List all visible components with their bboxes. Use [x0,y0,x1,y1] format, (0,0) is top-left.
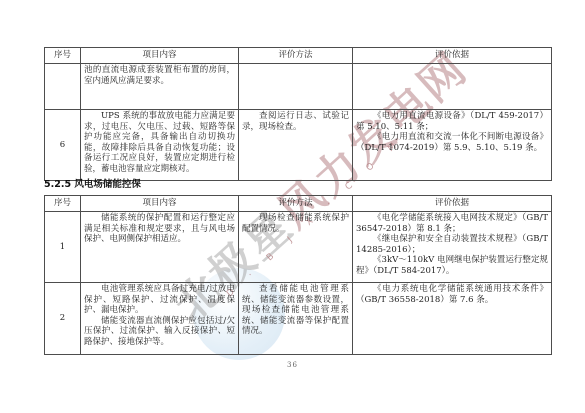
cell-no: 6 [45,110,81,181]
document-page: 北极星风力发电网 D·BJX·COM 序号 项目内容 评价方法 评价依据 池的直… [0,0,585,413]
basis-paragraph: 《3kV～110kV 电网继电保护装置运行整定规程》（DL/T 584-2017… [356,255,548,276]
cell-method: 查阅运行日志、试验记录，现场检查。 [239,110,353,181]
table-header-row: 序号 项目内容 评价方法 评价依据 [45,48,552,64]
method-paragraph: 现场检查储能系统保护配置情况。 [242,213,349,234]
evaluation-table-lower: 序号 项目内容 评价方法 评价依据 1 储能系统的保护配置和运行整定应满足相关标… [44,195,552,355]
basis-paragraph: 《电力用直流电源设备》（DL/T 459-2017）第 5.10、5.11 条； [356,111,548,132]
method-paragraph: 查看储能电池管理系统、储能变流器参数设置，现场检查储能电池管理系统、储能变流器等… [242,284,349,337]
cell-content: UPS 系统的事故放电能力应满足要求，过电压、欠电压、过载、短路等保护功能应完备… [81,110,239,181]
header-cell-method: 评价方法 [239,196,353,212]
cell-method: 现场检查储能系统保护配置情况。 [239,212,353,283]
table-header-row: 序号 项目内容 评价方法 评价依据 [45,196,552,212]
content-paragraph: 池的直流电源成套装置柜布置的房间，室内通风应满足要求。 [84,65,235,86]
cell-basis: 《电力用直流电源设备》（DL/T 459-2017）第 5.10、5.11 条；… [353,110,552,181]
content-paragraph: 储能变流器直流侧保护应包括过/欠压保护、过流保护、输入反接保护、短路保护、接地保… [84,316,235,348]
header-cell-no: 序号 [45,196,81,212]
basis-paragraph: 《电力用直流和交流一体化不间断电源设备》（DL/T 1074-2019）第 5.… [356,132,548,153]
cell-method: 查看储能电池管理系统、储能变流器参数设置，现场检查储能电池管理系统、储能变流器等… [239,283,353,355]
cell-basis: 《电力系统电化学储能系统通用技术条件》（GB/T 36558-2018）第 7.… [353,283,552,355]
cell-method [239,64,353,110]
content-paragraph: 储能系统的保护配置和运行整定应满足相关标准和规定要求，且与风电场保护、电网侧保护… [84,213,235,245]
table-row: 6 UPS 系统的事故放电能力应满足要求，过电压、欠电压、过载、短路等保护功能应… [45,110,552,181]
table-row: 1 储能系统的保护配置和运行整定应满足相关标准和规定要求，且与风电场保护、电网侧… [45,212,552,283]
cell-no: 2 [45,283,81,355]
page-content: 序号 项目内容 评价方法 评价依据 池的直流电源成套装置柜布置的房间，室内通风应… [0,0,585,413]
content-paragraph: 电池管理系统应具备过充电/过放电保护、短路保护、过流保护、温度保护、漏电保护。 [84,284,235,316]
cell-content: 储能系统的保护配置和运行整定应满足相关标准和规定要求，且与风电场保护、电网侧保护… [81,212,239,283]
section-heading: 5.2.5 风电场储能控保 [44,179,141,191]
cell-content: 电池管理系统应具备过充电/过放电保护、短路保护、过流保护、温度保护、漏电保护。 … [81,283,239,355]
basis-paragraph: 《继电保护和安全自动装置技术规程》（GB/T 14285-2016）； [356,234,548,255]
cell-basis: 《电化学储能系统接入电网技术规定》（GB/T 36547-2018）第 8.1 … [353,212,552,283]
cell-basis [353,64,552,110]
method-paragraph: 查阅运行日志、试验记录，现场检查。 [242,111,349,132]
table-row: 池的直流电源成套装置柜布置的房间，室内通风应满足要求。 [45,64,552,110]
header-cell-method: 评价方法 [239,48,353,64]
header-cell-content: 项目内容 [81,48,239,64]
cell-content: 池的直流电源成套装置柜布置的房间，室内通风应满足要求。 [81,64,239,110]
cell-no [45,64,81,110]
page-number: 36 [0,361,585,369]
header-cell-basis: 评价依据 [353,196,552,212]
header-cell-content: 项目内容 [81,196,239,212]
basis-paragraph: 《电化学储能系统接入电网技术规定》（GB/T 36547-2018）第 8.1 … [356,213,548,234]
content-paragraph: UPS 系统的事故放电能力应满足要求，过电压、欠电压、过载、短路等保护功能应完备… [84,111,235,174]
evaluation-table-upper: 序号 项目内容 评价方法 评价依据 池的直流电源成套装置柜布置的房间，室内通风应… [44,47,552,181]
cell-no: 1 [45,212,81,283]
basis-paragraph: 《电力系统电化学储能系统通用技术条件》（GB/T 36558-2018）第 7.… [356,284,548,305]
header-cell-basis: 评价依据 [353,48,552,64]
table-row: 2 电池管理系统应具备过充电/过放电保护、短路保护、过流保护、温度保护、漏电保护… [45,283,552,355]
header-cell-no: 序号 [45,48,81,64]
